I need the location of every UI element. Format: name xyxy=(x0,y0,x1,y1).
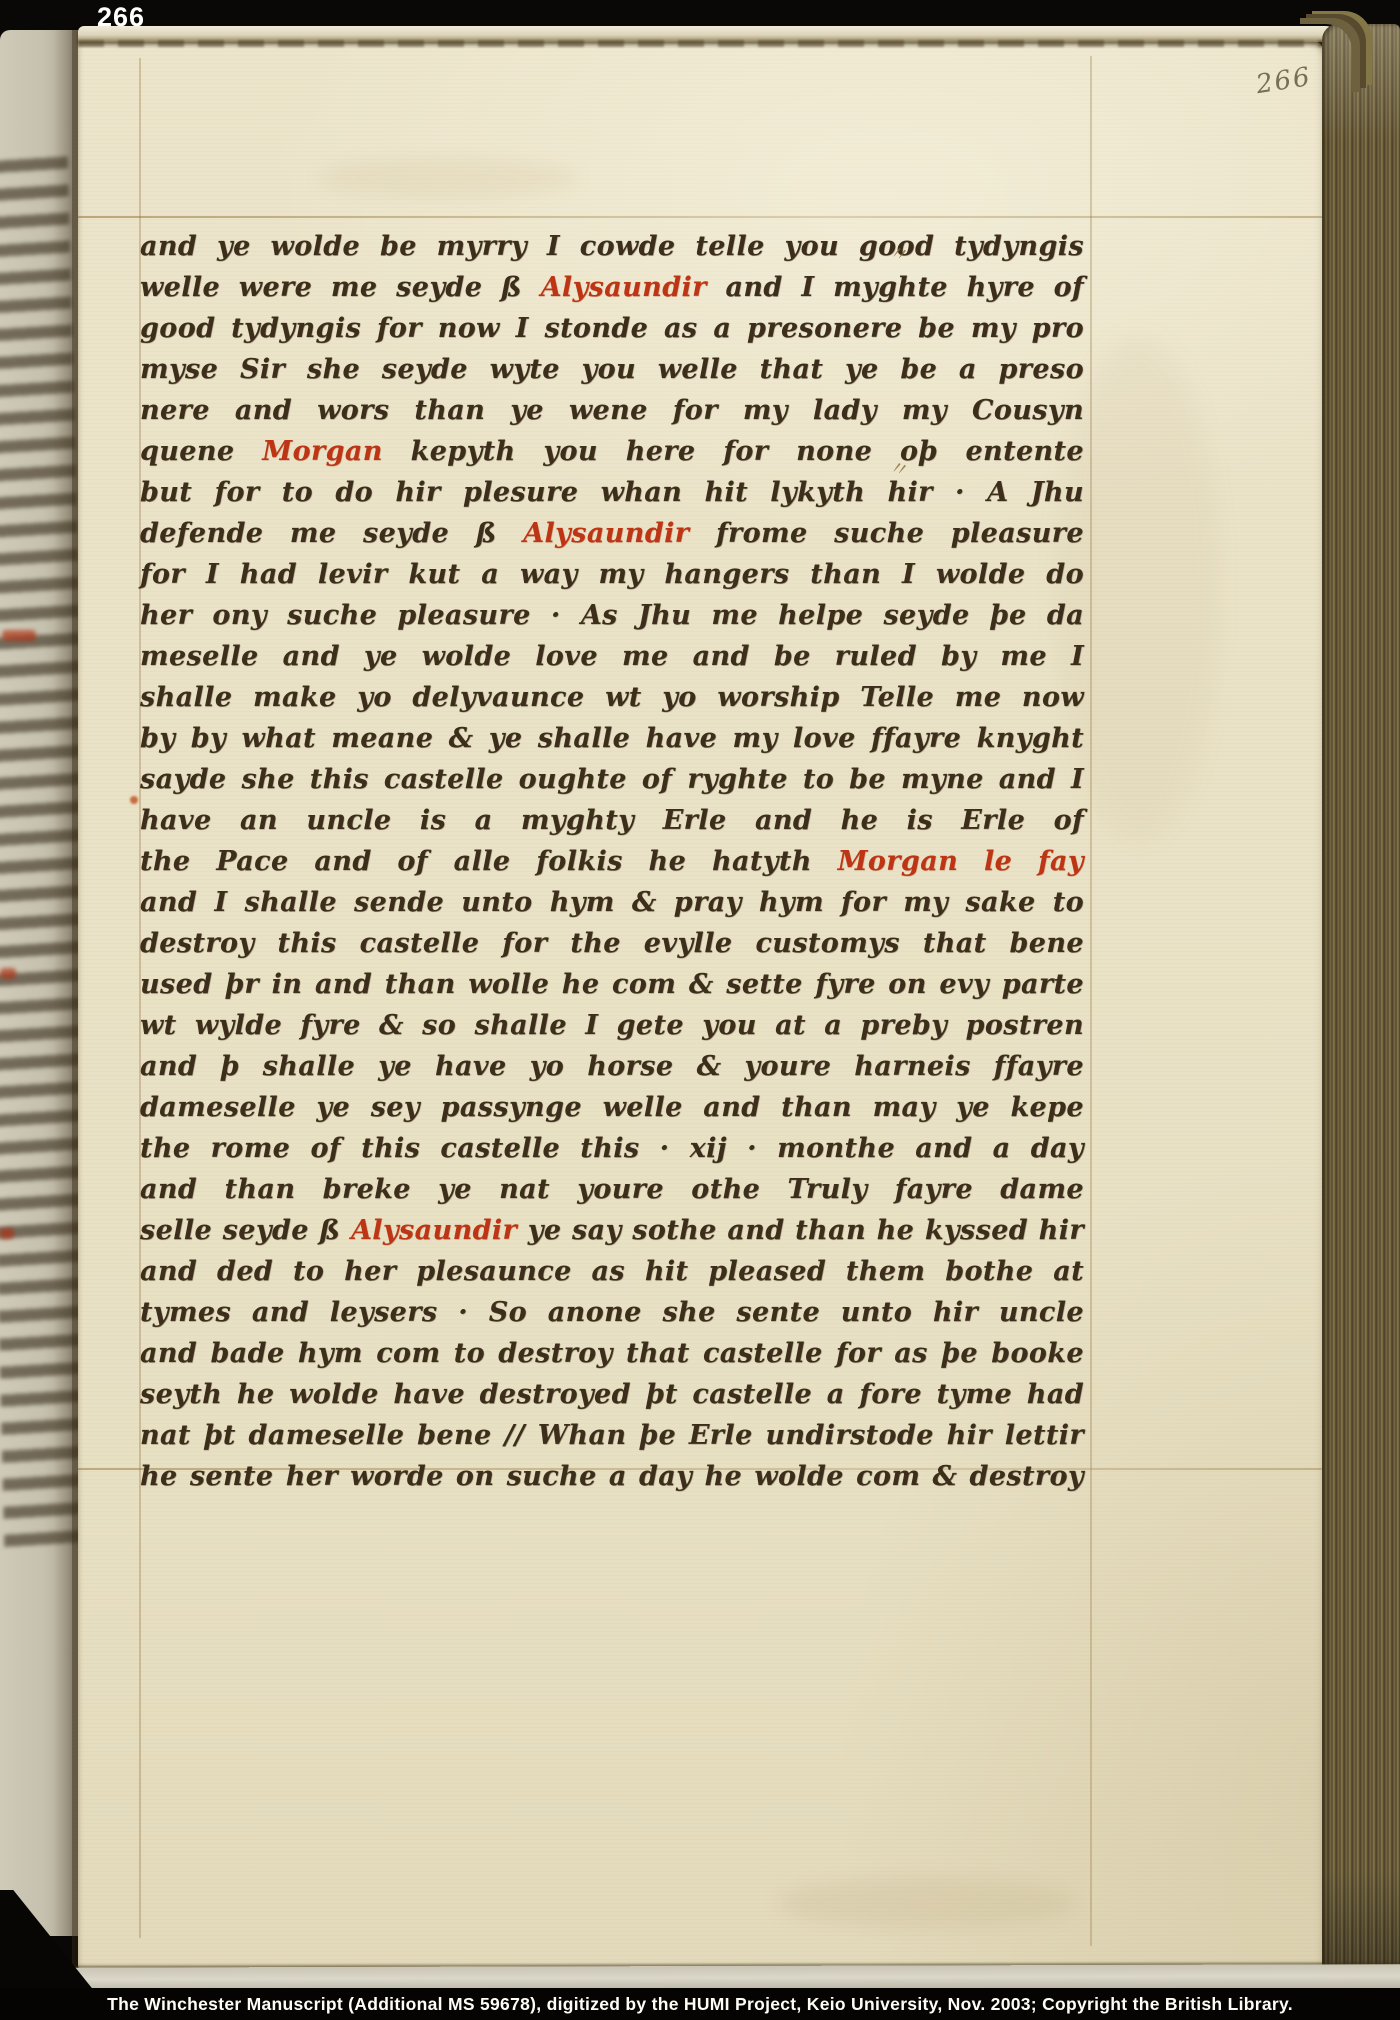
ink-text: myse Sir she seyde wyte you welle that y… xyxy=(140,354,1084,385)
manuscript-line: by by what meane & ye shalle have my lov… xyxy=(140,718,1084,759)
credit-bar: The Winchester Manuscript (Additional MS… xyxy=(0,1988,1400,2020)
manuscript-line: nere and wors than ye wene for my lady m… xyxy=(140,390,1084,431)
ink-text: and bade hym com to destroy that castell… xyxy=(140,1338,1084,1369)
ink-text: quene xyxy=(140,436,262,467)
manuscript-line: dameselle ye sey passynge welle and than… xyxy=(140,1087,1084,1128)
ink-text: her ony suche pleasure · As Jhu me helpe… xyxy=(140,600,1084,631)
manuscript-line: and ye wolde be myrry I cowde telle you … xyxy=(140,226,1084,267)
manuscript-line: destroy this castelle for the evylle cus… xyxy=(140,923,1084,964)
manuscript-line: used þr in and than wolle he com & sette… xyxy=(140,964,1084,1005)
manuscript-line: and I shalle sende unto hym & pray hym f… xyxy=(140,882,1084,923)
manuscript-line: seyth he wolde have destroyed þt castell… xyxy=(140,1374,1084,1415)
book-fore-edge xyxy=(1322,24,1400,1990)
ink-text: and I shalle sende unto hym & pray hym f… xyxy=(140,887,1084,918)
ink-text: but for to do hir plesure whan hit lykyt… xyxy=(140,477,1084,508)
ink-text: used þr in and than wolle he com & sette… xyxy=(140,969,1084,1000)
ink-text: shalle make yo delyvaunce wt yo worship … xyxy=(140,682,1084,713)
manuscript-line: shalle make yo delyvaunce wt yo worship … xyxy=(140,677,1084,718)
manuscript-line: and bade hym com to destroy that castell… xyxy=(140,1333,1084,1374)
manuscript-line: the rome of this castelle this · xij · m… xyxy=(140,1128,1084,1169)
ink-text: tymes and leysers · So anone she sente u… xyxy=(140,1297,1084,1328)
ink-text: ye say sothe and than he kyssed hir xyxy=(517,1215,1084,1246)
ink-text: and ye wolde be myrry I cowde telle you … xyxy=(140,231,1084,262)
ink-text: meselle and ye wolde love me and be rule… xyxy=(140,641,1084,672)
ink-text: wt wylde fyre & so shalle I gete you at … xyxy=(140,1010,1084,1041)
ink-text: defende me seyde ß xyxy=(140,518,523,549)
facing-page-rubric-smudge xyxy=(0,968,16,979)
ink-text: nere and wors than ye wene for my lady m… xyxy=(140,395,1084,426)
manuscript-line: welle were me seyde ß Alysaundir and I m… xyxy=(140,267,1084,308)
rubric-text: Alysaundir xyxy=(351,1215,517,1246)
page-top-edge-shadow xyxy=(78,40,1336,47)
ink-text: selle seyde ß xyxy=(140,1215,351,1246)
ink-text: sayde she this castelle oughte of ryghte… xyxy=(140,764,1084,795)
ink-text: have an uncle is a myghty Erle and he is… xyxy=(140,805,1084,836)
ink-speck xyxy=(130,796,138,804)
ink-text: destroy this castelle for the evylle cus… xyxy=(140,928,1084,959)
manuscript-line: meselle and ye wolde love me and be rule… xyxy=(140,636,1084,677)
manuscript-line: and þ shalle ye have yo horse & youre ha… xyxy=(140,1046,1084,1087)
ink-text: and ded to her plesaunce as hit pleased … xyxy=(140,1256,1084,1287)
ruling-line-horizontal-top xyxy=(78,216,1326,218)
manuscript-line: and than breke ye nat youre othe Truly f… xyxy=(140,1169,1084,1210)
ink-text: and than breke ye nat youre othe Truly f… xyxy=(140,1174,1084,1205)
ink-text: kepyth you here for none oþ entente xyxy=(383,436,1084,467)
ink-text: good tydyngis for now I stonde as a pres… xyxy=(140,313,1084,344)
ink-text: seyth he wolde have destroyed þt castell… xyxy=(140,1379,1084,1410)
manuscript-line: and ded to her plesaunce as hit pleased … xyxy=(140,1251,1084,1292)
ink-text: welle were me seyde ß xyxy=(140,272,541,303)
facing-page-rubric-smudge xyxy=(0,1228,14,1239)
rubric-text: Morgan xyxy=(262,436,383,467)
ink-text: and I myghte hyre of xyxy=(707,272,1084,303)
manuscript-line: her ony suche pleasure · As Jhu me helpe… xyxy=(140,595,1084,636)
manuscript-page: 266 and ye wolde be myrry I cowde telle … xyxy=(78,38,1326,1968)
ink-text: the rome of this castelle this · xij · m… xyxy=(140,1133,1084,1164)
ink-text: dameselle ye sey passynge welle and than… xyxy=(140,1092,1084,1123)
ruling-line-vertical-right xyxy=(1090,56,1092,1946)
rubric-text: Morgan le fay xyxy=(838,846,1084,877)
manuscript-line: selle seyde ß Alysaundir ye say sothe an… xyxy=(140,1210,1084,1251)
credit-text: The Winchester Manuscript (Additional MS… xyxy=(107,1994,1293,2015)
manuscript-line: nat þt dameselle bene // Whan þe Erle un… xyxy=(140,1415,1084,1456)
manuscript-line: defende me seyde ß Alysaundir frome such… xyxy=(140,513,1084,554)
parchment-stain xyxy=(318,158,578,198)
ink-text: he sente her worde on suche a day he wol… xyxy=(140,1461,1084,1492)
rubric-text: Alysaundir xyxy=(541,272,707,303)
rubric-text: Alysaundir xyxy=(523,518,689,549)
facing-page-rubric-smudge xyxy=(2,630,36,641)
ink-text: the Pace and of alle folkis he hatyth xyxy=(140,846,838,877)
facing-page-edge xyxy=(0,30,79,1936)
manuscript-line: wt wylde fyre & so shalle I gete you at … xyxy=(140,1005,1084,1046)
digitized-manuscript-photo: 266 266 and ye wolde be myrry I cowde te… xyxy=(0,0,1400,2020)
manuscript-text-block: and ye wolde be myrry I cowde telle you … xyxy=(140,226,1084,1497)
manuscript-line: sayde she this castelle oughte of ryghte… xyxy=(140,759,1084,800)
ink-text: nat þt dameselle bene // Whan þe Erle un… xyxy=(140,1420,1084,1451)
parchment-stain xyxy=(778,1878,1078,1928)
ink-text: for I had levir kut a way my hangers tha… xyxy=(140,559,1084,590)
ink-text: by by what meane & ye shalle have my lov… xyxy=(140,723,1084,754)
manuscript-line: myse Sir she seyde wyte you welle that y… xyxy=(140,349,1084,390)
manuscript-line: but for to do hir plesure whan hit lykyt… xyxy=(140,472,1084,513)
manuscript-line: he sente her worde on suche a day he wol… xyxy=(140,1456,1084,1497)
manuscript-line: good tydyngis for now I stonde as a pres… xyxy=(140,308,1084,349)
ink-text: frome suche pleasure xyxy=(689,518,1084,549)
pencil-folio-number: 266 xyxy=(1254,62,1314,100)
manuscript-line: the Pace and of alle folkis he hatyth Mo… xyxy=(140,841,1084,882)
folio-number-overlay: 266 xyxy=(97,2,145,33)
ink-text: and þ shalle ye have yo horse & youre ha… xyxy=(140,1051,1084,1082)
manuscript-line: have an uncle is a myghty Erle and he is… xyxy=(140,800,1084,841)
manuscript-line: tymes and leysers · So anone she sente u… xyxy=(140,1292,1084,1333)
manuscript-line: for I had levir kut a way my hangers tha… xyxy=(140,554,1084,595)
manuscript-line: quene Morgan kepyth you here for none oþ… xyxy=(140,431,1084,472)
